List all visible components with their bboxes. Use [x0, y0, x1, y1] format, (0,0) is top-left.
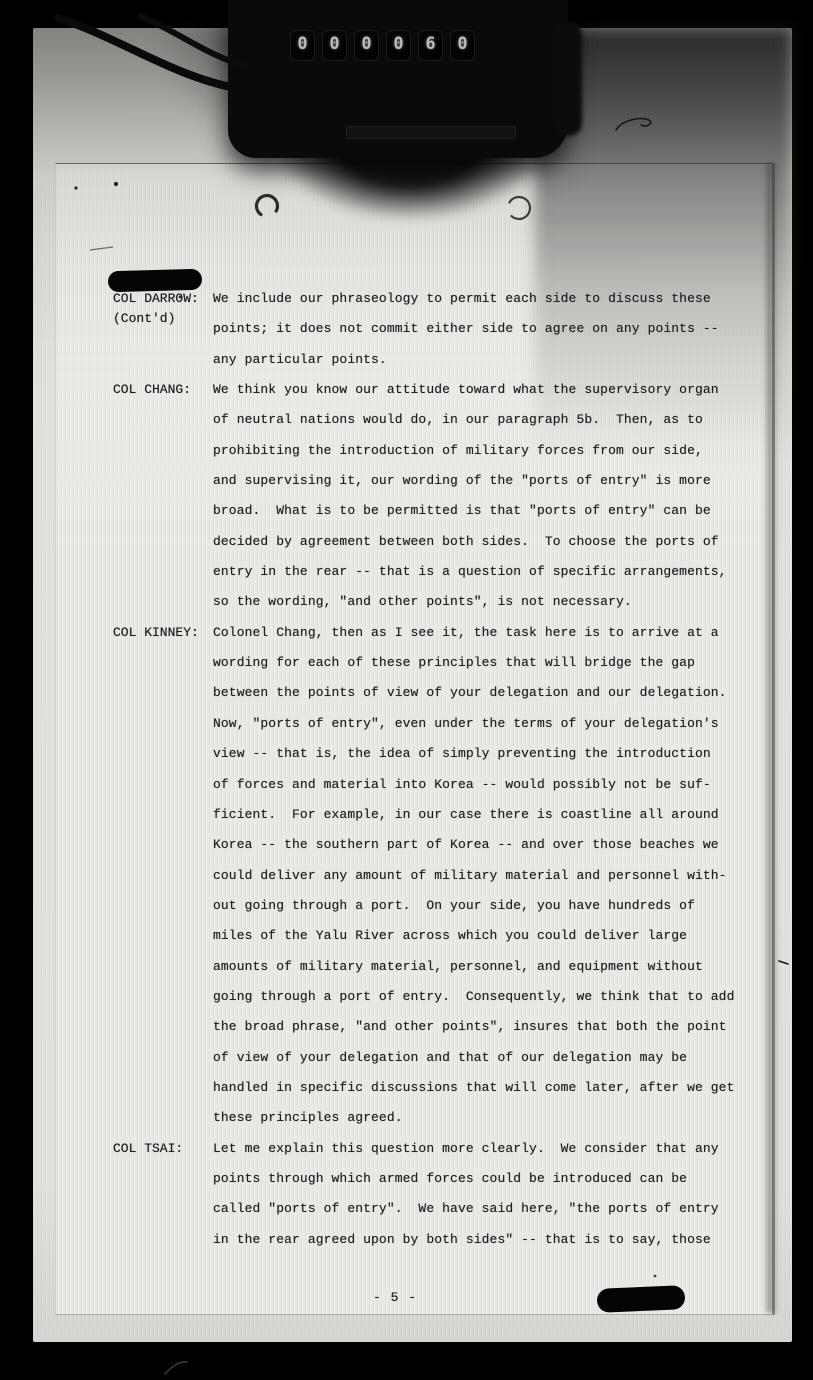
speech-line: of neutral nations would do, in our para…: [213, 405, 723, 435]
transcript: COL DARROW: (Cont'd) We include our phra…: [0, 284, 813, 1255]
transcript-entry: COL TSAI: Let me explain this question m…: [0, 1134, 813, 1255]
device-lever: [552, 22, 582, 136]
speaker-name: COL DARROW:: [113, 289, 218, 309]
page-number: - 5 -: [373, 1290, 417, 1305]
speech-line: the broad phrase, "and other points", in…: [213, 1012, 723, 1042]
speech-line: We think you know our attitude toward wh…: [213, 375, 723, 405]
speech-line: amounts of military material, personnel,…: [213, 952, 723, 982]
speech-line: so the wording, "and other points", is n…: [213, 587, 723, 617]
counter-digit: 0: [450, 30, 475, 61]
speech-line: Colonel Chang, then as I see it, the tas…: [213, 618, 723, 648]
speech-line: Korea -- the southern part of Korea -- a…: [213, 830, 723, 860]
frame-counter: 0 0 0 0 6 0: [290, 30, 475, 61]
speech-line: Now, "ports of entry", even under the te…: [213, 709, 723, 739]
speech-line: any particular points.: [213, 345, 723, 375]
speaker-label: COL DARROW: (Cont'd): [113, 289, 218, 329]
transcript-entry: COL CHANG: We think you know our attitud…: [0, 375, 813, 618]
speech-line: in the rear agreed upon by both sides" -…: [213, 1225, 723, 1255]
speech-line: points through which armed forces could …: [213, 1164, 723, 1194]
speaker-label: COL CHANG:: [113, 380, 218, 400]
speech-line: miles of the Yalu River across which you…: [213, 921, 723, 951]
speech-line: of view of your delegation and that of o…: [213, 1043, 723, 1073]
speaker-name: COL TSAI:: [113, 1139, 218, 1159]
counter-digit: 0: [354, 30, 379, 61]
transcript-entry: COL DARROW: (Cont'd) We include our phra…: [0, 284, 813, 375]
speech-text: Colonel Chang, then as I see it, the tas…: [213, 618, 723, 1134]
counter-digit: 0: [386, 30, 411, 61]
speaker-label: COL TSAI:: [113, 1139, 218, 1159]
transcript-entry: COL KINNEY: Colonel Chang, then as I see…: [0, 618, 813, 1134]
device-slot: [346, 126, 516, 139]
speech-line: could deliver any amount of military mat…: [213, 861, 723, 891]
speech-line: prohibiting the introduction of military…: [213, 436, 723, 466]
speech-line: of forces and material into Korea -- wou…: [213, 770, 723, 800]
counter-digit: 0: [322, 30, 347, 61]
speech-text: We include our phraseology to permit eac…: [213, 284, 723, 375]
speech-line: points; it does not commit either side t…: [213, 314, 723, 344]
speech-line: called "ports of entry". We have said he…: [213, 1194, 723, 1224]
scratch: [165, 1362, 187, 1374]
speech-line: view -- that is, the idea of simply prev…: [213, 739, 723, 769]
speech-line: decided by agreement between both sides.…: [213, 527, 723, 557]
speech-line: ficient. For example, in our case there …: [213, 800, 723, 830]
speech-line: these principles agreed.: [213, 1103, 723, 1133]
speech-line: We include our phraseology to permit eac…: [213, 284, 723, 314]
speaker-name: COL KINNEY:: [113, 623, 218, 643]
speech-text: Let me explain this question more clearl…: [213, 1134, 723, 1255]
microfilm-frame: 0 0 0 0 6 0 COL DARROW: (Cont'd) We incl…: [0, 0, 813, 1380]
speaker-name: COL CHANG:: [113, 380, 218, 400]
speech-text: We think you know our attitude toward wh…: [213, 375, 723, 618]
speech-line: broad. What is to be permitted is that "…: [213, 496, 723, 526]
speech-line: entry in the rear -- that is a question …: [213, 557, 723, 587]
speech-line: handled in specific discussions that wil…: [213, 1073, 723, 1103]
speech-line: and supervising it, our wording of the "…: [213, 466, 723, 496]
speech-line: going through a port of entry. Consequen…: [213, 982, 723, 1012]
speaker-label: COL KINNEY:: [113, 623, 218, 643]
counter-digit: 6: [418, 30, 443, 61]
speech-line: out going through a port. On your side, …: [213, 891, 723, 921]
speech-line: wording for each of these principles tha…: [213, 648, 723, 678]
redaction-mark: [597, 1285, 686, 1313]
speech-line: Let me explain this question more clearl…: [213, 1134, 723, 1164]
speaker-contd: (Cont'd): [113, 309, 218, 329]
counter-device: 0 0 0 0 6 0: [228, 0, 568, 158]
speech-line: between the points of view of your deleg…: [213, 678, 723, 708]
counter-digit: 0: [290, 30, 315, 61]
